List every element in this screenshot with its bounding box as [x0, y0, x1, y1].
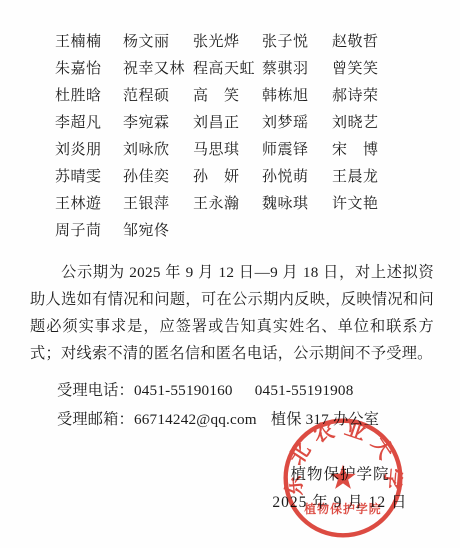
person-name: 王晨龙	[332, 164, 450, 191]
email-label: 受理邮箱：	[57, 411, 134, 428]
person-name: 马思琪	[193, 137, 262, 164]
person-name: 杜胜晗	[55, 83, 123, 110]
name-row: 周子茼邹宛佟	[55, 218, 450, 245]
person-name: 张光烨	[193, 29, 262, 56]
person-name: 孙悦萌	[262, 164, 332, 191]
person-name: 刘梦瑶	[262, 110, 332, 137]
signature-date: 2025 年 9 月 12 日	[250, 489, 430, 517]
person-name: 孙佳奕	[123, 164, 193, 191]
name-row: 王楠楠杨文丽张光烨张子悦赵敬哲	[55, 29, 450, 56]
person-name: 赵敬哲	[332, 29, 450, 56]
person-name: 郝诗荣	[332, 83, 450, 110]
person-name: 宋 博	[332, 137, 450, 164]
name-row: 刘炎朋刘咏欣马思琪师震铎宋 博	[55, 137, 450, 164]
person-name: 王永瀚	[193, 191, 262, 218]
person-name: 程高天虹	[193, 56, 262, 83]
person-name: 王银萍	[123, 191, 193, 218]
person-name: 师震铎	[262, 137, 332, 164]
person-name: 苏晴雯	[55, 164, 123, 191]
person-name	[262, 218, 332, 245]
phone-number-1: 0451-55190160	[134, 382, 233, 399]
contact-phone-line: 受理电话：0451-551901600451-55191908	[57, 377, 379, 406]
person-name: 李宛霖	[123, 110, 193, 137]
public-notice-document: 王楠楠杨文丽张光烨张子悦赵敬哲朱嘉怡祝幸又林程高天虹蔡骐羽曾笑笑杜胜晗范程硕高 …	[0, 0, 460, 548]
contact-email-line: 受理邮箱：66714242@qq.com植保 317 办公室	[57, 406, 379, 435]
person-name: 刘咏欣	[123, 137, 193, 164]
person-name: 李超凡	[55, 110, 123, 137]
phone-label: 受理电话：	[57, 382, 134, 399]
person-name: 范程硕	[123, 83, 193, 110]
person-name: 周子茼	[55, 218, 123, 245]
person-name: 张子悦	[262, 29, 332, 56]
person-name: 许文艳	[332, 191, 450, 218]
person-name: 魏咏琪	[262, 191, 332, 218]
person-name: 曾笑笑	[332, 56, 450, 83]
email-address: 66714242@qq.com	[134, 411, 257, 428]
office-location: 植保 317 办公室	[271, 411, 379, 428]
notice-paragraph: 公示期为 2025 年 9 月 12 日—9 月 18 日，对上述拟资助人选如有…	[30, 259, 434, 367]
name-row: 王林遊王银萍王永瀚魏咏琪许文艳	[55, 191, 450, 218]
person-name: 邹宛佟	[123, 218, 193, 245]
name-row: 杜胜晗范程硕高 笑韩栋旭郝诗荣	[55, 83, 450, 110]
person-name: 刘昌正	[193, 110, 262, 137]
person-name: 孙 妍	[193, 164, 262, 191]
person-name: 王林遊	[55, 191, 123, 218]
signature-org: 植物保护学院	[250, 461, 430, 489]
name-row: 朱嘉怡祝幸又林程高天虹蔡骐羽曾笑笑	[55, 56, 450, 83]
person-name: 朱嘉怡	[55, 56, 123, 83]
person-name: 祝幸又林	[123, 56, 193, 83]
person-name: 刘晓艺	[332, 110, 450, 137]
person-name: 韩栋旭	[262, 83, 332, 110]
person-name: 杨文丽	[123, 29, 193, 56]
contact-block: 受理电话：0451-551901600451-55191908 受理邮箱：667…	[57, 377, 379, 434]
name-row: 苏晴雯孙佳奕孙 妍孙悦萌王晨龙	[55, 164, 450, 191]
person-name: 蔡骐羽	[262, 56, 332, 83]
signature-block: 植物保护学院 2025 年 9 月 12 日	[250, 461, 430, 517]
name-row: 李超凡李宛霖刘昌正刘梦瑶刘晓艺	[55, 110, 450, 137]
phone-number-2: 0451-55191908	[255, 382, 354, 399]
name-grid: 王楠楠杨文丽张光烨张子悦赵敬哲朱嘉怡祝幸又林程高天虹蔡骐羽曾笑笑杜胜晗范程硕高 …	[55, 29, 450, 245]
person-name	[332, 218, 450, 245]
person-name: 王楠楠	[55, 29, 123, 56]
person-name	[193, 218, 262, 245]
person-name: 刘炎朋	[55, 137, 123, 164]
person-name: 高 笑	[193, 83, 262, 110]
